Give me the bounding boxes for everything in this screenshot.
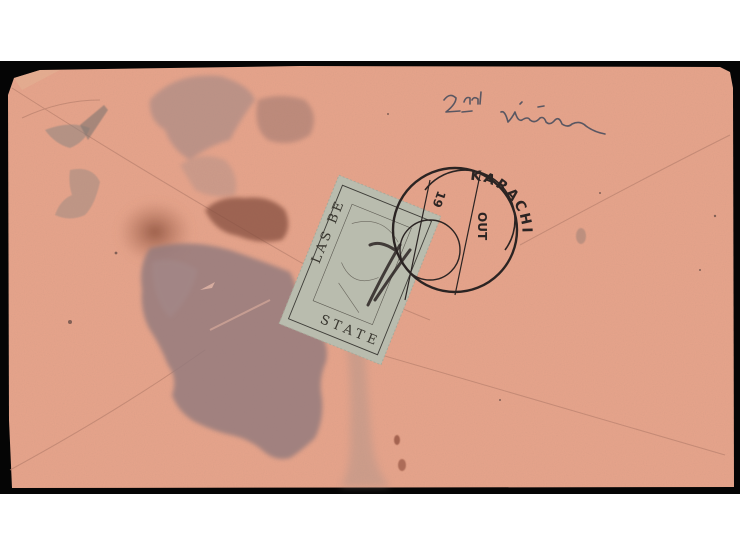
handwritten-note-text: 2nd issue (0, 0, 77, 4)
envelope: 2nd issue LAS BE STATE KARACHI OUT 19 (0, 0, 734, 488)
postmark-type: OUT (475, 212, 489, 241)
envelope-photo: 2nd issue LAS BE STATE KARACHI OUT 19 (0, 0, 740, 557)
